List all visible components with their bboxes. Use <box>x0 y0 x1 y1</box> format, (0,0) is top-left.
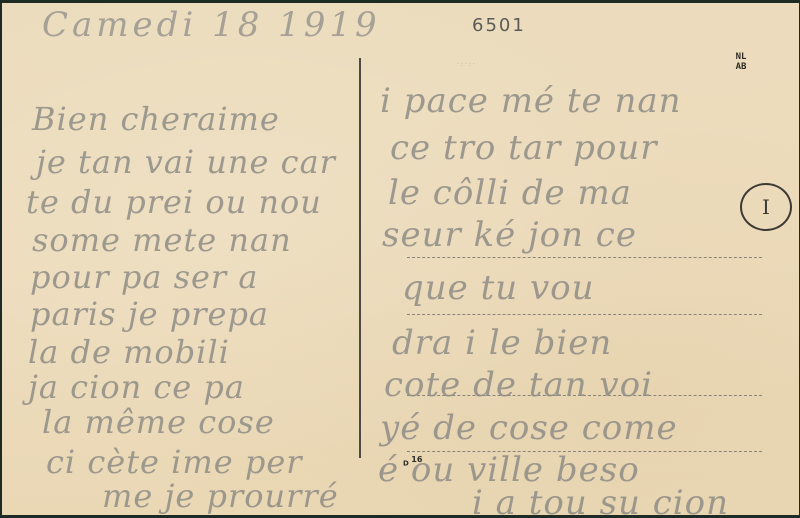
right-message-line: i pace mé te nan <box>380 81 682 121</box>
publisher-logo: NL AB <box>730 52 752 78</box>
center-divider-line <box>359 58 361 458</box>
right-message-line: yé de cose come <box>380 408 678 448</box>
printed-code-letter: D <box>403 459 409 467</box>
publisher-logo-text: NL AB <box>730 52 752 72</box>
archive-number: 6501 <box>472 15 526 36</box>
right-message-line: le côlli de ma <box>388 173 632 213</box>
left-message-line: me je prourré <box>102 477 339 515</box>
right-message-line: seur ké jon ce <box>382 215 637 255</box>
left-message-line: ci cète ime per <box>46 443 303 481</box>
right-message-line: que tu vou <box>402 268 595 308</box>
printed-code: D 16 <box>403 455 422 467</box>
circled-mark-text: I <box>762 195 770 219</box>
left-message-line: la de mobili <box>28 333 230 371</box>
left-message-line: Bien cheraime <box>32 100 280 138</box>
right-message-line: dra i le bien <box>392 323 612 363</box>
left-message-line: la même cose <box>42 403 275 441</box>
left-message-line: pour pa ser a <box>30 258 258 296</box>
left-message-line: paris je prepa <box>30 295 269 333</box>
right-message-line: cote de tan voi <box>384 365 653 405</box>
left-message-line: some mete nan <box>32 221 292 259</box>
address-line <box>407 314 762 315</box>
left-message-line: je tan vai une car <box>36 143 336 181</box>
right-message-line: ce tro tar pour <box>390 128 658 168</box>
left-message-line: ja cion ce pa <box>28 368 245 406</box>
faded-print-mark: ·:·:· <box>457 61 477 68</box>
address-line <box>407 257 762 258</box>
printed-code-number: 16 <box>411 455 422 464</box>
right-message-line: i a tou su cion <box>472 483 729 515</box>
left-message-line: te du prei ou nou <box>26 183 322 221</box>
postcard-back: Camedi 18 1919 6501 ·:·:· NL AB Bien che… <box>2 3 799 515</box>
circled-roman-numeral: I <box>740 183 792 231</box>
date-handwritten: Camedi 18 1919 <box>42 5 381 45</box>
